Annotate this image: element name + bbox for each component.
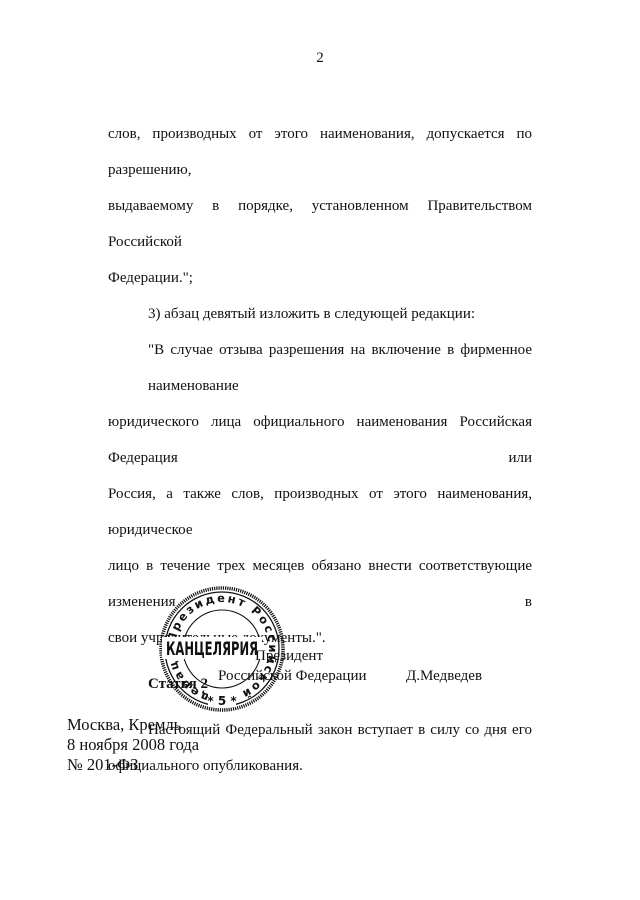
text-line: Россия, а также слов, производных от это… [108, 476, 532, 548]
page-number: 2 [0, 50, 640, 67]
law-number: № 201-ФЗ [67, 755, 199, 775]
signatory-title-line2: Российской Федерации [218, 666, 367, 686]
paragraph-amendment-item: 3) абзац девятый изложить в следующей ре… [108, 296, 532, 332]
document-footer: Москва, Кремль 8 ноября 2008 года № 201-… [67, 715, 199, 775]
stamp-center-text: КАНЦЕЛЯРИЯ [166, 639, 258, 660]
signing-date: 8 ноября 2008 года [67, 735, 199, 755]
stamp-bottom-number: * 5 * [207, 694, 237, 708]
signatory-title-line1: Президент [255, 646, 323, 666]
text-line: Федерации."; [108, 260, 532, 296]
text-line: "В случае отзыва разрешения на включение… [108, 332, 532, 404]
text-line: слов, производных от этого наименования,… [108, 116, 532, 188]
signing-place: Москва, Кремль [67, 715, 199, 735]
text-line: выдаваемому в порядке, установленном Пра… [108, 188, 532, 260]
text-line: юридического лица официального наименова… [108, 404, 532, 476]
signatory-name: Д.Медведев [406, 666, 482, 686]
paragraph-continuation: слов, производных от этого наименования,… [108, 116, 532, 296]
